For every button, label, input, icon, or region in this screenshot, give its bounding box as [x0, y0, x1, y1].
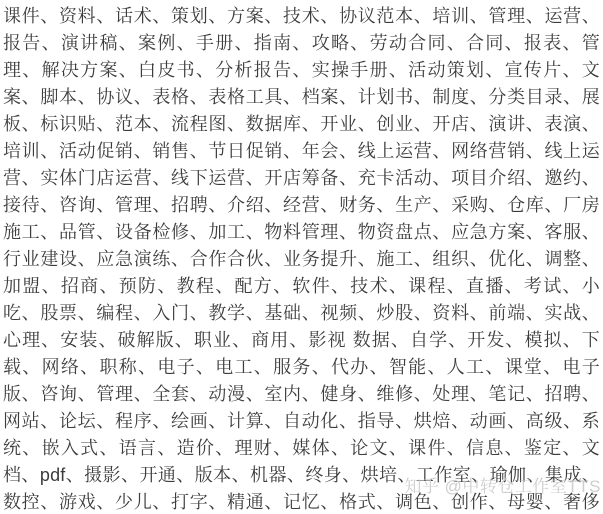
text-line: 统、嵌入式、语言、造价、理财、媒体、论文、课件、信息、鉴定、文 [3, 435, 600, 462]
text-line: 吃、股票、编程、入门、教学、基础、视频、炒股、资料、前端、实战、 [3, 300, 600, 327]
text-line: 行业建设、应急演练、合作合伙、业务提升、施工、组织、优化、调整、 [3, 246, 600, 273]
text-line: 数控、游戏、少儿、打字、精通、记忆、格式、调色、创作、母婴、奢侈 [3, 489, 600, 514]
text-line: 心理、安装、破解版、职业、商用、影视 数据、自学、开发、模拟、下 [3, 327, 600, 354]
text-line: 网站、论坛、程序、绘画、计算、自动化、指导、烘焙、动画、高级、系 [3, 408, 600, 435]
text-line: 报告、演讲稿、案例、手册、指南、攻略、劳动合同、合同、报表、管 [3, 30, 600, 57]
text-line: 营、实体门店运营、线下运营、开店筹备、充卡活动、项目介绍、邀约、 [3, 165, 600, 192]
text-line: 培训、活动促销、销售、节日促销、年会、线上运营、网络营销、线上运 [3, 138, 600, 165]
text-line: 档、pdf、摄影、开通、版本、机器、终身、烘培、工作室、瑜伽、集成、 [3, 462, 600, 489]
text-line: 课件、资料、话术、策划、方案、技术、协议范本、培训、管理、运营、 [3, 3, 600, 30]
keyword-text-block: 课件、资料、话术、策划、方案、技术、协议范本、培训、管理、运营、 报告、演讲稿、… [0, 0, 603, 514]
text-line: 板、标识贴、范本、流程图、数据库、开业、创业、开店、演讲、表演、 [3, 111, 600, 138]
text-line: 案、脚本、协议、表格、表格工具、档案、计划书、制度、分类目录、展 [3, 84, 600, 111]
text-line: 施工、品管、设备检修、加工、物料管理、物资盘点、应急方案、客服、 [3, 219, 600, 246]
text-line: 理、解决方案、白皮书、分析报告、实操手册、活动策划、宣传片、文 [3, 57, 600, 84]
text-line: 加盟、招商、预防、教程、配方、软件、技术、课程、直播、考试、小 [3, 273, 600, 300]
text-line: 载、网络、职称、电子、电工、服务、代办、智能、人工、课堂、电子 [3, 354, 600, 381]
text-line: 接待、咨询、管理、招聘、介绍、经营、财务、生产、采购、仓库、厂房 [3, 192, 600, 219]
text-line: 版、咨询、管理、全套、动漫、室内、健身、维修、处理、笔记、招聘、 [3, 381, 600, 408]
